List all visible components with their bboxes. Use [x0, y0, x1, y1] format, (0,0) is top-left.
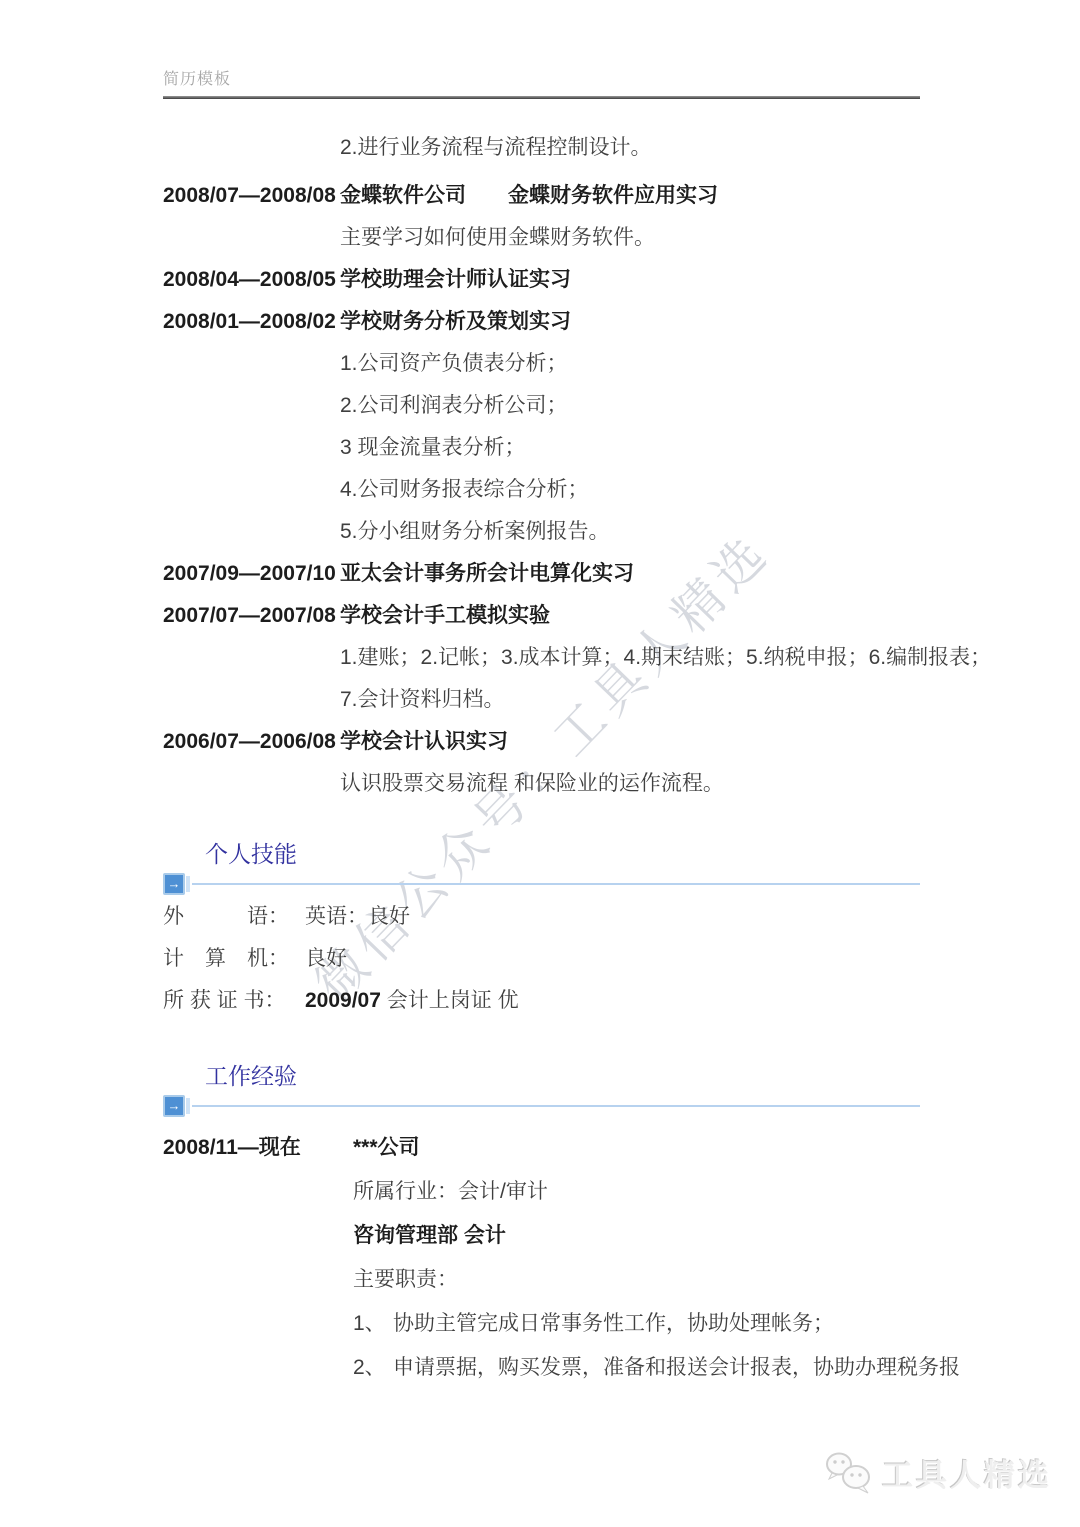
duties-heading: 主要职责：	[163, 1258, 920, 1302]
internship-content: 2.进行业务流程与流程控制设计。 2008/07—2008/08 金蝶软件公司 …	[163, 127, 923, 805]
brand-logo: 工具人精选	[824, 1450, 1052, 1495]
entry-detail: 主要学习如何使用金蝶财务软件。	[163, 217, 923, 259]
entry-title: 亚太会计事务所会计电算化实习	[340, 553, 634, 595]
entry-title: 学校会计手工模拟实验	[340, 595, 550, 637]
wechat-icon	[824, 1451, 874, 1495]
entry-detail: 3 现金流量表分析；	[163, 427, 923, 469]
entry-detail: 1.公司资产负债表分析；	[163, 343, 923, 385]
section-tick-mark	[186, 876, 190, 892]
internship-entry-row: 2008/07—2008/08 金蝶软件公司 金蝶财务软件应用实习	[163, 175, 923, 217]
brand-logo-text: 工具人精选	[882, 1450, 1052, 1495]
entry-title: 金蝶软件公司 金蝶财务软件应用实习	[340, 175, 718, 217]
skill-row: 计 算 机： 良好	[163, 938, 920, 980]
duty-number: 2、	[353, 1346, 393, 1390]
company-name: ***公司	[353, 1126, 420, 1170]
entry-date: 2007/07—2007/08	[163, 595, 340, 637]
duty-item: 1、 协助主管完成日常事务性工作，协助处理帐务；	[163, 1302, 920, 1346]
work-entry-date: 2008/11—现在	[163, 1126, 353, 1170]
entry-title: 学校财务分析及策划实习	[340, 301, 571, 343]
duty-text: 申请票据，购买发票，准备和报送会计报表，协助办理税务报	[393, 1346, 960, 1390]
section-rule-row: →	[163, 872, 920, 896]
section-rule-row: →	[163, 1094, 920, 1118]
entry-date: 2008/04—2008/05	[163, 259, 340, 301]
entry-detail: 1.建账；2.记帐；3.成本计算；4.期末结账；5.纳税申报；6.编制报表；	[163, 637, 923, 679]
duty-text: 协助主管完成日常事务性工作，协助处理帐务；	[393, 1302, 834, 1346]
entry-title: 学校助理会计师认证实习	[340, 259, 571, 301]
skills-section-title: 个人技能	[205, 840, 920, 868]
work-entry-row: 2008/11—现在 ***公司	[163, 1126, 920, 1170]
section-divider-line	[192, 883, 920, 885]
skill-row: 所 获 证 书： 2009/07 会计上岗证 优	[163, 980, 920, 1022]
section-tick-mark	[186, 1098, 190, 1114]
work-experience-section: 工作经验 → 2008/11—现在 ***公司 所属行业：会计/审计 咨询管理部…	[163, 1062, 920, 1390]
skill-label: 所 获 证 书：	[163, 980, 305, 1022]
skill-label: 计 算 机：	[163, 938, 305, 980]
work-section-title: 工作经验	[205, 1062, 920, 1090]
skills-section: 个人技能 → 外 语： 英语：良好 计 算 机： 良好 所 获 证 书： 200…	[163, 840, 920, 1022]
entry-detail: 2.进行业务流程与流程控制设计。	[163, 127, 923, 169]
skill-row: 外 语： 英语：良好	[163, 896, 920, 938]
certificate-date: 2009/07	[305, 980, 381, 1022]
entry-detail: 4.公司财务报表综合分析；	[163, 469, 923, 511]
entry-detail: 认识股票交易流程 和保险业的运作流程。	[163, 763, 923, 805]
entry-detail: 2.公司利润表分析公司；	[163, 385, 923, 427]
skill-value: 英语：良好	[305, 896, 410, 938]
document-header: 简历模板	[163, 70, 920, 99]
entry-date: 2008/01—2008/02	[163, 301, 340, 343]
entry-title: 学校会计认识实习	[340, 721, 508, 763]
entry-date: 2006/07—2006/08	[163, 721, 340, 763]
skill-value: 良好	[305, 938, 347, 980]
skill-value: 会计上岗证 优	[381, 980, 519, 1022]
arrow-right-icon: →	[163, 873, 185, 895]
industry-line: 所属行业：会计/审计	[163, 1170, 920, 1214]
internship-entry-row: 2007/09—2007/10 亚太会计事务所会计电算化实习	[163, 553, 923, 595]
entry-detail: 5.分小组财务分析案例报告。	[163, 511, 923, 553]
section-divider-line	[192, 1105, 920, 1107]
duty-number: 1、	[353, 1302, 393, 1346]
header-divider	[163, 96, 920, 99]
internship-entry-row: 2006/07—2006/08 学校会计认识实习	[163, 721, 923, 763]
entry-date: 2007/09—2007/10	[163, 553, 340, 595]
arrow-right-icon: →	[163, 1095, 185, 1117]
page-header-title: 简历模板	[163, 70, 920, 90]
resume-page: 简历模板 微信公众号：工具人精选 2.进行业务流程与流程控制设计。 2008/0…	[0, 0, 1080, 1527]
duty-item: 2、 申请票据，购买发票，准备和报送会计报表，协助办理税务报	[163, 1346, 920, 1390]
entry-date: 2008/07—2008/08	[163, 175, 340, 217]
entry-detail: 7.会计资料归档。	[163, 679, 923, 721]
internship-entry-row: 2008/01—2008/02 学校财务分析及策划实习	[163, 301, 923, 343]
position-line: 咨询管理部 会计	[163, 1214, 920, 1258]
internship-entry-row: 2008/04—2008/05 学校助理会计师认证实习	[163, 259, 923, 301]
internship-entry-row: 2007/07—2007/08 学校会计手工模拟实验	[163, 595, 923, 637]
skill-label: 外 语：	[163, 896, 305, 938]
